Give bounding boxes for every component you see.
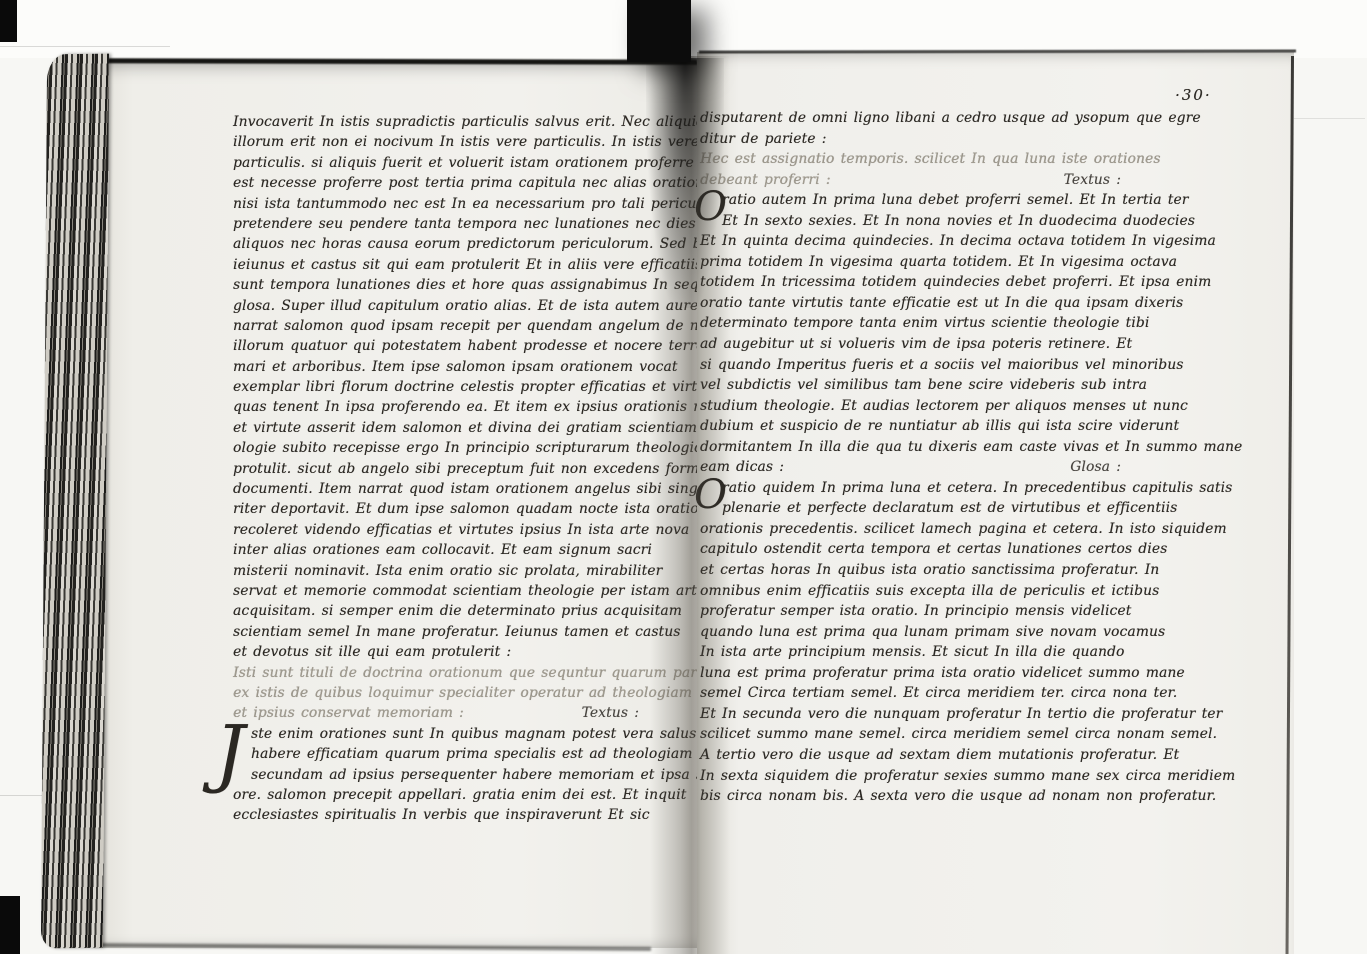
text-block-paragraph: O ratio quidem In prima luna et cetera. … <box>700 478 1233 807</box>
manuscript-line: particulis. si aliquis fuerit et volueri… <box>233 153 703 173</box>
manuscript-line: quando luna est prima qua lunam primam s… <box>700 622 1233 643</box>
folio-number: ·30· <box>1175 86 1212 104</box>
right-page-text: disputarent de omni ligno libani a cedro… <box>700 108 1233 807</box>
manuscript-line: ditur de pariete : <box>700 129 1233 150</box>
manuscript-line: oratio tante virtutis tante efficatie es… <box>700 293 1233 314</box>
manuscript-line: est necesse proferre post tertia prima c… <box>233 173 703 193</box>
text-block-paragraph: Invocaverit In istis supradictis particu… <box>233 112 703 663</box>
manuscript-line: ore. salomon precepit appellari. gratia … <box>233 785 703 805</box>
manuscript-line: riter deportavit. Et dum ipse salomon qu… <box>233 499 703 519</box>
manuscript-line: proferatur semper ista oratio. In princi… <box>700 601 1233 622</box>
manuscript-line: Hec est assignatio temporis. scilicet In… <box>700 149 1233 170</box>
manuscript-line: capitulo ostendit certa tempora et certa… <box>700 539 1233 560</box>
manuscript-line: protulit. sicut ab angelo sibi preceptum… <box>233 459 703 479</box>
manuscript-line: plenarie et perfecte declaratum est de v… <box>700 498 1233 519</box>
manuscript-line: secundam ad ipsius persequenter habere m… <box>233 765 703 785</box>
manuscript-line: documenti. Item narrat quod istam oratio… <box>233 479 703 499</box>
manuscript-line: studium theologie. Et audias lectorem pe… <box>700 396 1233 417</box>
manuscript-line: bis circa nonam bis. A sexta vero die us… <box>700 786 1233 807</box>
manuscript-line: Et In sexto sexies. Et In nona novies et… <box>700 211 1233 232</box>
manuscript-line: ratio quidem In prima luna et cetera. In… <box>700 478 1233 499</box>
manuscript-line: determinato tempore tanta enim virtus sc… <box>700 313 1233 334</box>
manuscript-line: mari et arboribus. Item ipse salomon ips… <box>233 357 703 377</box>
manuscript-line: pretendere seu pendere tanta tempora nec… <box>233 214 703 234</box>
manuscript-line: recoleret videndo efficatias et virtutes… <box>233 520 703 540</box>
text-block-paragraph: disputarent de omni ligno libani a cedro… <box>700 108 1233 149</box>
manuscript-line: Et In secunda vero die nunquam proferatu… <box>700 704 1233 725</box>
manuscript-photo: Invocaverit In istis supradictis particu… <box>0 0 1367 954</box>
manuscript-line: exemplar libri florum doctrine celestis … <box>233 377 703 397</box>
text-block-paragraph: Isti sunt tituli de doctrina orationum q… <box>233 663 703 724</box>
manuscript-line: si quando Imperitus fueris et a sociis v… <box>700 355 1233 376</box>
spine-gap <box>627 0 691 62</box>
film-edge-mark-top-left <box>0 0 17 42</box>
manuscript-line: dormitantem In illa die qua tu dixeris e… <box>700 437 1233 458</box>
page-stack-edges <box>41 54 109 949</box>
manuscript-line: eam dicas : Glosa : <box>700 457 1233 478</box>
manuscript-line: In sexta siquidem die proferatur sexies … <box>700 766 1233 787</box>
background-rule-line <box>0 46 170 47</box>
manuscript-line: ologie subito recepisse ergo In principi… <box>233 438 703 458</box>
manuscript-line: totidem In tricessima totidem quindecies… <box>700 272 1233 293</box>
text-block-paragraph: Hec est assignatio temporis. scilicet In… <box>700 149 1233 190</box>
manuscript-line: habere efficatiam quarum prima specialis… <box>233 744 703 764</box>
manuscript-line: sunt tempora lunationes dies et hore qua… <box>233 275 703 295</box>
left-page: Invocaverit In istis supradictis particu… <box>97 62 697 948</box>
manuscript-line: ratio autem In prima luna debet proferri… <box>700 190 1233 211</box>
manuscript-line: orationis precedentis. scilicet lamech p… <box>700 519 1233 540</box>
manuscript-line: ex istis de quibus loquimur specialiter … <box>233 683 703 703</box>
section-label: Textus : <box>582 703 639 723</box>
manuscript-line: luna est prima proferatur prima ista ora… <box>700 663 1233 684</box>
film-edge-mark-bottom-left <box>0 896 20 954</box>
manuscript-line: servat et memorie commodat scientiam the… <box>233 581 703 601</box>
manuscript-line: aliquos nec horas causa eorum predictoru… <box>233 234 703 254</box>
manuscript-line: scilicet summo mane semel. circa meridie… <box>700 724 1233 745</box>
manuscript-line: ecclesiastes spiritualis In verbis que i… <box>233 805 703 825</box>
manuscript-line: illorum quatuor qui potestatem habent pr… <box>233 336 703 356</box>
manuscript-line: et certas horas In quibus ista oratio sa… <box>700 560 1233 581</box>
manuscript-line: glosa. Super illud capitulum oratio alia… <box>233 296 703 316</box>
manuscript-line: et virtute asserit idem salomon et divin… <box>233 418 703 438</box>
manuscript-line: narrat salomon quod ipsam recepit per qu… <box>233 316 703 336</box>
section-label: Textus : <box>1064 170 1121 191</box>
manuscript-line: ad augebitur ut si volueris vim de ipsa … <box>700 334 1233 355</box>
text-block-paragraph: O ratio autem In prima luna debet profer… <box>700 190 1233 478</box>
left-page-text: Invocaverit In istis supradictis particu… <box>233 112 703 826</box>
manuscript-line: disputarent de omni ligno libani a cedro… <box>700 108 1233 129</box>
text-block-paragraph: J ste enim orationes sunt In quibus magn… <box>233 724 703 826</box>
manuscript-line: scientiam semel In mane proferatur. Ieiu… <box>233 622 703 642</box>
manuscript-line: Et In quinta decima quindecies. In decim… <box>700 231 1233 252</box>
gutter-top-shadow <box>646 58 724 308</box>
manuscript-line: nisi ista tantummodo nec est In ea neces… <box>233 194 703 214</box>
manuscript-line: A tertio vero die usque ad sextam diem m… <box>700 745 1233 766</box>
manuscript-line: In ista arte principium mensis. Et sicut… <box>700 642 1233 663</box>
manuscript-line: Invocaverit In istis supradictis particu… <box>233 112 703 132</box>
manuscript-line: acquisitam. si semper enim die determina… <box>233 601 703 621</box>
manuscript-line: ste enim orationes sunt In quibus magnam… <box>233 724 703 744</box>
manuscript-line: dubium et suspicio de re nuntiatur ab il… <box>700 416 1233 437</box>
manuscript-line: prima totidem In vigesima quarta totidem… <box>700 252 1233 273</box>
manuscript-line: omnibus enim efficatiis suis excepta ill… <box>700 581 1233 602</box>
manuscript-line: semel Circa tertiam semel. Et circa meri… <box>700 683 1233 704</box>
manuscript-line: debeant proferri : Textus : <box>700 170 1233 191</box>
right-page: ·30· disputarent de omni ligno libani a … <box>697 52 1294 954</box>
initial-letter: J <box>215 716 245 790</box>
manuscript-line: inter alias orationes eam collocavit. Et… <box>233 540 703 560</box>
manuscript-line: illorum erit non ei nocivum In istis ver… <box>233 132 703 152</box>
manuscript-line: quas tenent In ipsa proferendo ea. Et it… <box>233 397 703 417</box>
manuscript-line: Isti sunt tituli de doctrina orationum q… <box>233 663 703 683</box>
manuscript-line: et devotus sit ille qui eam protulerit : <box>233 642 703 662</box>
manuscript-line: ieiunus et castus sit qui eam protulerit… <box>233 255 703 275</box>
section-label: Glosa : <box>1070 457 1121 478</box>
manuscript-line: et ipsius conservat memoriam : Textus : <box>233 703 703 723</box>
manuscript-line: vel subdictis vel similibus tam bene sci… <box>700 375 1233 396</box>
manuscript-line: misterii nominavit. Ista enim oratio sic… <box>233 561 703 581</box>
